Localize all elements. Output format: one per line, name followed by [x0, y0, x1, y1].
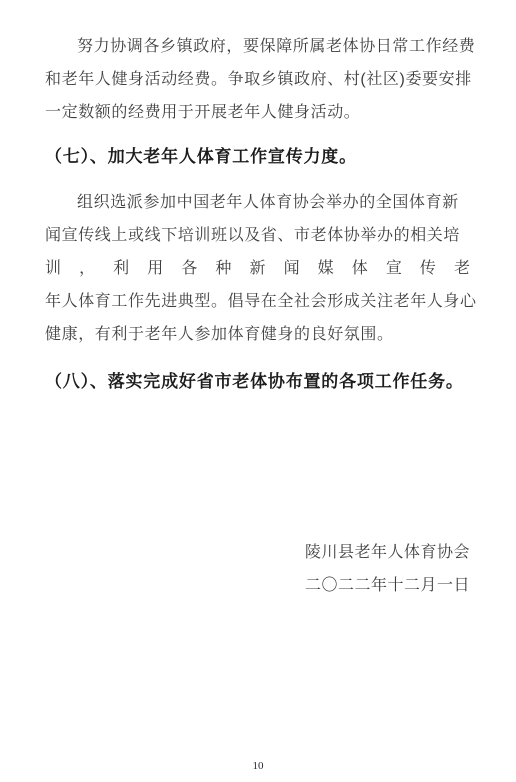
- paragraph-line: 组织选派参加中国老年人体育协会举办的全国体育新: [45, 186, 470, 219]
- section-heading-eight: （八）、落实完成好省市老体协布置的各项工作任务。: [45, 365, 470, 398]
- page-footer: 10: [0, 756, 516, 774]
- paragraph-line: 年人体育工作先进典型。倡导在全社会形成关注老年人身心: [45, 285, 470, 318]
- paragraph-line: 和老年人健身活动经费。争取乡镇政府、村(社区)委要安排: [45, 63, 470, 96]
- document-body: 努力协调各乡镇政府，要保障所属老体协日常工作经费 和老年人健身活动经费。争取乡镇…: [45, 30, 470, 602]
- signature-block: 陵川县老年人体育协会 二〇二二年十二月一日: [45, 536, 470, 602]
- paragraph-line: 闻宣传线上或线下培训班以及省、市老体协举办的相关培: [45, 219, 470, 252]
- paragraph-funding: 努力协调各乡镇政府，要保障所属老体协日常工作经费 和老年人健身活动经费。争取乡镇…: [45, 30, 470, 129]
- paragraph-line-justified: 训，利用各种新闻媒体宣传老: [45, 252, 470, 285]
- paragraph-line: 努力协调各乡镇政府，要保障所属老体协日常工作经费: [45, 30, 470, 63]
- paragraph-line: 健康，有利于老年人参加体育健身的良好氛围。: [45, 318, 470, 351]
- signature-organization: 陵川县老年人体育协会: [45, 536, 470, 569]
- paragraph-publicity: 组织选派参加中国老年人体育协会举办的全国体育新 闻宣传线上或线下培训班以及省、市…: [45, 186, 470, 351]
- paragraph-line: 一定数额的经费用于开展老年人健身活动。: [45, 96, 470, 129]
- section-heading-seven: （七）、加大老年人体育工作宣传力度。: [45, 140, 470, 173]
- document-page: 努力协调各乡镇政府，要保障所属老体协日常工作经费 和老年人健身活动经费。争取乡镇…: [0, 0, 516, 782]
- signature-date: 二〇二二年十二月一日: [45, 569, 470, 602]
- page-number: 10: [253, 760, 264, 772]
